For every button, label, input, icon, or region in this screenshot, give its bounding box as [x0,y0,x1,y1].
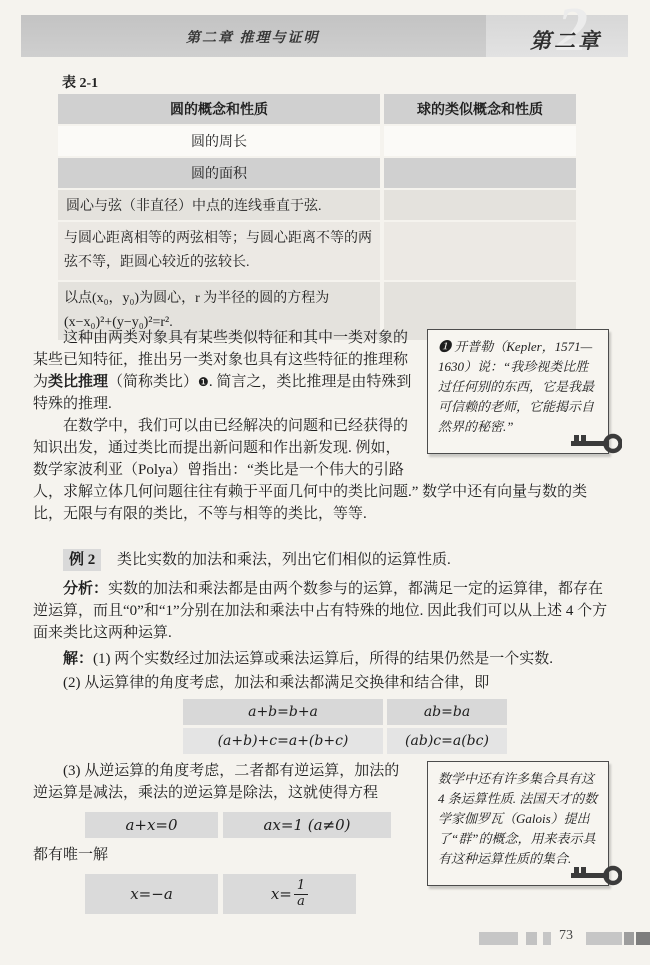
table-cell-empty [384,158,576,188]
formula-commutative-mul: ab=ba [387,699,507,725]
equation-add-inverse: a+x=0 [85,812,218,838]
operation-laws-table: a+b=b+a ab=ba (a+b)+c=a+(b+c) (ab)c=a(bc… [183,699,617,754]
table-row: 圆心与弦（非直径）中点的连线垂直于弦. [58,190,578,220]
running-title: 第二章 推理与证明 [186,27,320,47]
equation-solution-add: x=−a [85,874,218,914]
galois-margin-note: 数学中还有许多集合具有这 4 条运算性质. 法国天才的数学家伽罗瓦（Galois… [427,761,609,886]
page-number: 73 [559,928,573,944]
table-row: 圆的周长 [58,126,578,156]
chapter-badge: 第二章 [530,25,602,55]
table-header-sphere: 球的类似概念和性质 [384,94,576,124]
footnote-marker: ❶ [198,375,209,389]
equation-mul-inverse: ax=1 (a≠0) [223,812,391,838]
footer-decoration-bar [624,932,634,945]
footer-decoration-square [526,932,537,945]
example-badge: 例 2 [63,549,101,571]
solution-item-2: (2) 从运算律的角度考虑，加法和乘法都满足交换律和结合律，即 [33,672,617,694]
example-2-line: 例 2 类比实数的加法和乘法，列出它们相似的运算性质. [63,549,617,571]
key-icon [570,430,622,462]
kepler-margin-note: ❶ 开普勒（Kepler，1571—1630）说：“我珍视类比胜过任何别的东西，… [427,329,609,454]
table-header-circle: 圆的概念和性质 [58,94,380,124]
formula-associative-add: (a+b)+c=a+(b+c) [183,728,383,754]
equation-solution-mul: x=1a [223,874,356,914]
bold-term-analogical-reasoning: 类比推理 [48,374,108,390]
footnote-marker: ❶ [438,339,451,354]
footer-decoration-bar [586,932,622,945]
formula-associative-mul: (ab)c=a(bc) [387,728,507,754]
equation-row-1: a+x=0 ax=1 (a≠0) [85,812,413,838]
table-cell-empty [384,126,576,156]
table-cell: 圆心与弦（非直径）中点的连线垂直于弦. [58,190,380,220]
table-caption: 表 2-1 [62,72,98,92]
comparison-table: 圆的概念和性质 球的类似概念和性质 圆的周长 圆的面积 圆心与弦（非直径）中点的… [58,94,578,342]
footer-decoration-bar [479,932,518,945]
key-icon [570,862,622,894]
table-cell: 圆的面积 [58,158,380,188]
chapter-header-bar: 第二章 推理与证明 2 第二章 [21,15,628,57]
table-row: 与圆心距离相等的两弦相等；与圆心距离不等的两弦不等，距圆心较近的弦较长. [58,222,578,280]
kepler-note-text: 开普勒（Kepler，1571—1630）说：“我珍视类比胜过任何别的东西，它是… [438,339,594,434]
solution-label: 解： [63,651,93,667]
example-statement: 类比实数的加法和乘法，列出它们相似的运算性质. [117,552,451,568]
galois-note-text: 数学中还有许多集合具有这 4 条运算性质. 法国天才的数学家伽罗瓦（Galois… [438,771,597,866]
fraction: 1a [294,879,308,910]
footer-decoration-bar [636,932,650,945]
equation-row-2: x=−a x=1a [85,874,413,914]
table-cell-empty [384,222,576,280]
main-text-column: ❶ 开普勒（Kepler，1571—1630）说：“我珍视类比胜过任何别的东西，… [33,327,617,914]
solution-item-1: 解：(1) 两个实数经过加法运算或乘法运算后，所得的结果仍然是一个实数. [33,648,617,670]
table-header-row: 圆的概念和性质 球的类似概念和性质 [58,94,578,124]
formula-commutative-add: a+b=b+a [183,699,383,725]
table-row: 圆的面积 [58,158,578,188]
analysis-label: 分析： [63,581,108,597]
analysis-paragraph: 分析：实数的加法和乘法都是由两个数参与的运算，都满足一定的运算律，都存在逆运算，… [33,578,617,644]
formula-row: (a+b)+c=a+(b+c) (ab)c=a(bc) [183,728,617,754]
table-cell-empty [384,190,576,220]
table-cell: 与圆心距离相等的两弦相等；与圆心距离不等的两弦不等，距圆心较近的弦较长. [58,222,380,280]
table-cell: 圆的周长 [58,126,380,156]
footer-decoration-square [543,932,551,945]
chapter-badge-zone: 2 第二章 [486,15,628,57]
formula-row: a+b=b+a ab=ba [183,699,617,725]
